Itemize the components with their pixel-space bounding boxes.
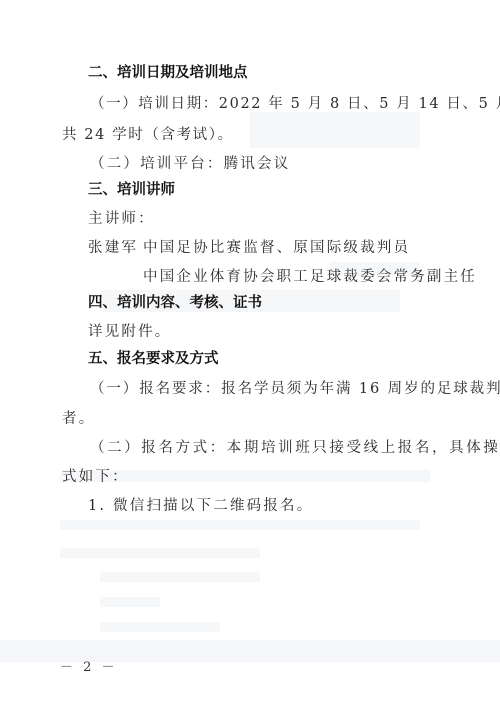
lecturer-title-1: 中国足协比赛监督、原国际级裁判员: [143, 239, 410, 257]
bleed-through-block: [250, 112, 420, 148]
see-attachment-text: 详见附件。: [88, 323, 172, 341]
training-dates-line2: 共 24 学时（含考试）。: [62, 126, 234, 144]
registration-method-line1: （二）报名方式：本期培训班只接受线上报名，具体操作方: [90, 439, 500, 457]
bleed-through-block: [100, 622, 220, 632]
section-heading-training-dates: 二、培训日期及培训地点: [88, 64, 248, 82]
bleed-through-block: [100, 572, 260, 582]
lecturer-title-2: 中国企业体育协会职工足球裁委会常务副主任: [143, 268, 477, 286]
training-platform: （二）培训平台：腾讯会议: [90, 155, 290, 173]
lecturer-name: 张建军: [88, 239, 138, 257]
registration-method-line2: 式如下：: [62, 468, 129, 486]
section-heading-lecturers: 三、培训讲师: [88, 181, 175, 199]
document-page: 二、培训日期及培训地点 （一）培训日期：2022 年 5 月 8 日、5 月 1…: [0, 0, 500, 706]
registration-requirement-line1: （一）报名要求：报名学员须为年满 16 周岁的足球裁判初学: [90, 380, 500, 398]
registration-step-1: 1. 微信扫描以下二维码报名。: [88, 497, 313, 515]
bleed-through-block: [100, 597, 160, 607]
training-dates-line1: （一）培训日期：2022 年 5 月 8 日、5 月 14 日、5 月 15 日…: [90, 95, 500, 113]
bleed-through-block: [60, 520, 420, 530]
bleed-through-block: [60, 548, 260, 558]
section-heading-content-exam-certificate: 四、培训内容、考核、证书: [88, 294, 262, 312]
lecturer-label: 主讲师：: [88, 210, 155, 228]
registration-requirement-line2: 者。: [62, 410, 95, 428]
page-number: － 2 －: [60, 656, 118, 675]
section-heading-registration: 五、报名要求及方式: [88, 350, 219, 368]
